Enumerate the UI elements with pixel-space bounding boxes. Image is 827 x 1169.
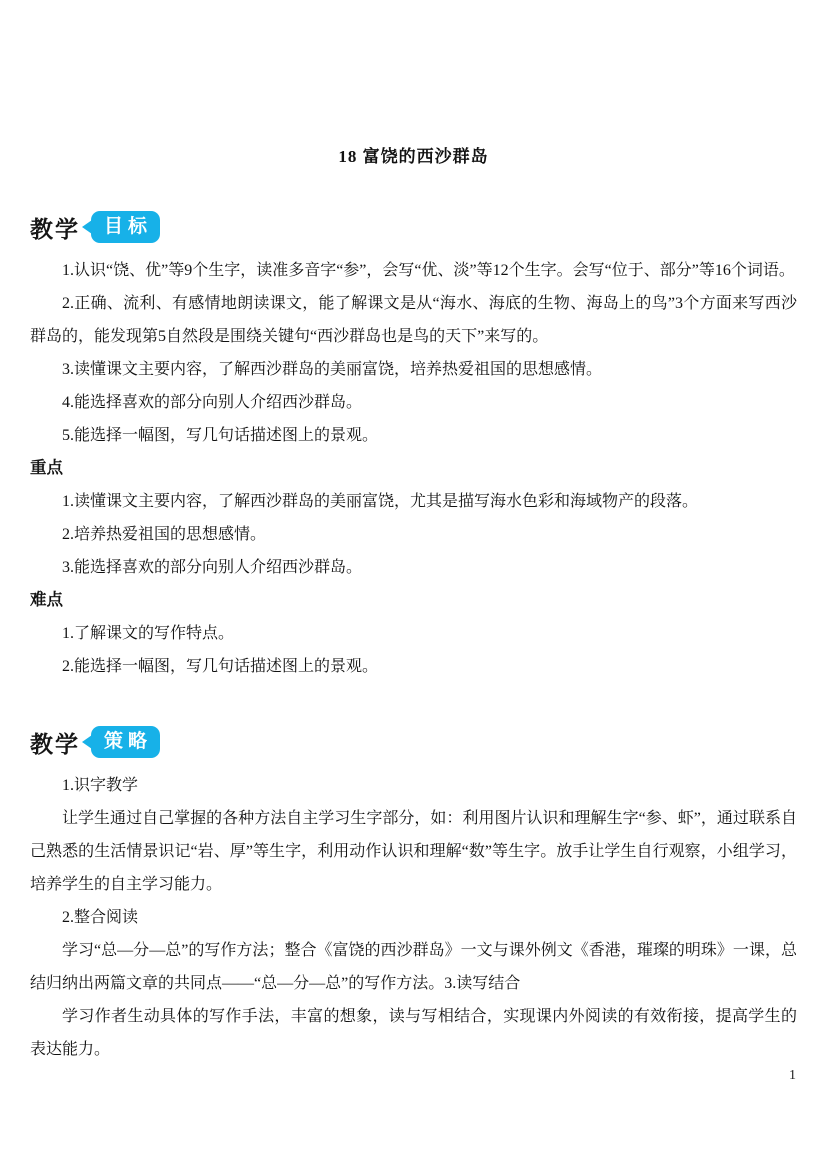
objective-item: 1.认识“饶、优”等9个生字，读准多音字“参”，会写“优、淡”等12个生字。会写… xyxy=(30,254,797,287)
teaching-objectives-header: 教学 目标 xyxy=(30,208,797,246)
objectives-badge: 目标 xyxy=(91,211,160,243)
key-point-item: 2.培养热爱祖国的思想感情。 xyxy=(30,518,797,551)
strategy-paragraph: 让学生通过自己掌握的各种方法自主学习生字部分，如：利用图片认识和理解生字“参、虾… xyxy=(30,802,797,901)
strategy-badge: 策略 xyxy=(91,726,160,758)
document-page: 18 富饶的西沙群岛 教学 目标 1.认识“饶、优”等9个生字，读准多音字“参”… xyxy=(0,0,827,1169)
strategy-header-prefix: 教学 xyxy=(30,726,80,759)
badge-tail-icon xyxy=(82,220,92,234)
objectives-badge-label: 目标 xyxy=(104,216,152,237)
strategy-paragraph: 1.识字教学 xyxy=(30,769,797,802)
strategy-paragraph: 2.整合阅读 xyxy=(30,901,797,934)
strategy-paragraph: 学习作者生动具体的写作手法，丰富的想象，读与写相结合，实现课内外阅读的有效衔接，… xyxy=(30,1000,797,1066)
badge-tail-icon xyxy=(82,735,92,749)
objectives-header-prefix: 教学 xyxy=(30,211,80,244)
strategy-paragraph: 学习“总—分—总”的写作方法；整合《富饶的西沙群岛》一文与课外例文《香港，璀璨的… xyxy=(30,934,797,1000)
strategy-badge-label: 策略 xyxy=(104,731,152,752)
lesson-title: 18 富饶的西沙群岛 xyxy=(30,0,797,168)
objective-item: 3.读懂课文主要内容，了解西沙群岛的美丽富饶，培养热爱祖国的思想感情。 xyxy=(30,353,797,386)
difficult-points-heading: 难点 xyxy=(30,584,797,617)
key-points-heading: 重点 xyxy=(30,452,797,485)
page-number: 1 xyxy=(789,1066,796,1086)
objective-item: 4.能选择喜欢的部分向别人介绍西沙群岛。 xyxy=(30,386,797,419)
document-content: 18 富饶的西沙群岛 教学 目标 1.认识“饶、优”等9个生字，读准多音字“参”… xyxy=(0,0,827,1066)
difficult-point-item: 2.能选择一幅图，写几句话描述图上的景观。 xyxy=(30,650,797,683)
teaching-strategy-header: 教学 策略 xyxy=(30,723,797,761)
objective-item: 5.能选择一幅图，写几句话描述图上的景观。 xyxy=(30,419,797,452)
difficult-point-item: 1.了解课文的写作特点。 xyxy=(30,617,797,650)
objective-item: 2.正确、流利、有感情地朗读课文，能了解课文是从“海水、海底的生物、海岛上的鸟”… xyxy=(30,287,797,353)
key-point-item: 1.读懂课文主要内容，了解西沙群岛的美丽富饶，尤其是描写海水色彩和海域物产的段落… xyxy=(30,485,797,518)
key-point-item: 3.能选择喜欢的部分向别人介绍西沙群岛。 xyxy=(30,551,797,584)
